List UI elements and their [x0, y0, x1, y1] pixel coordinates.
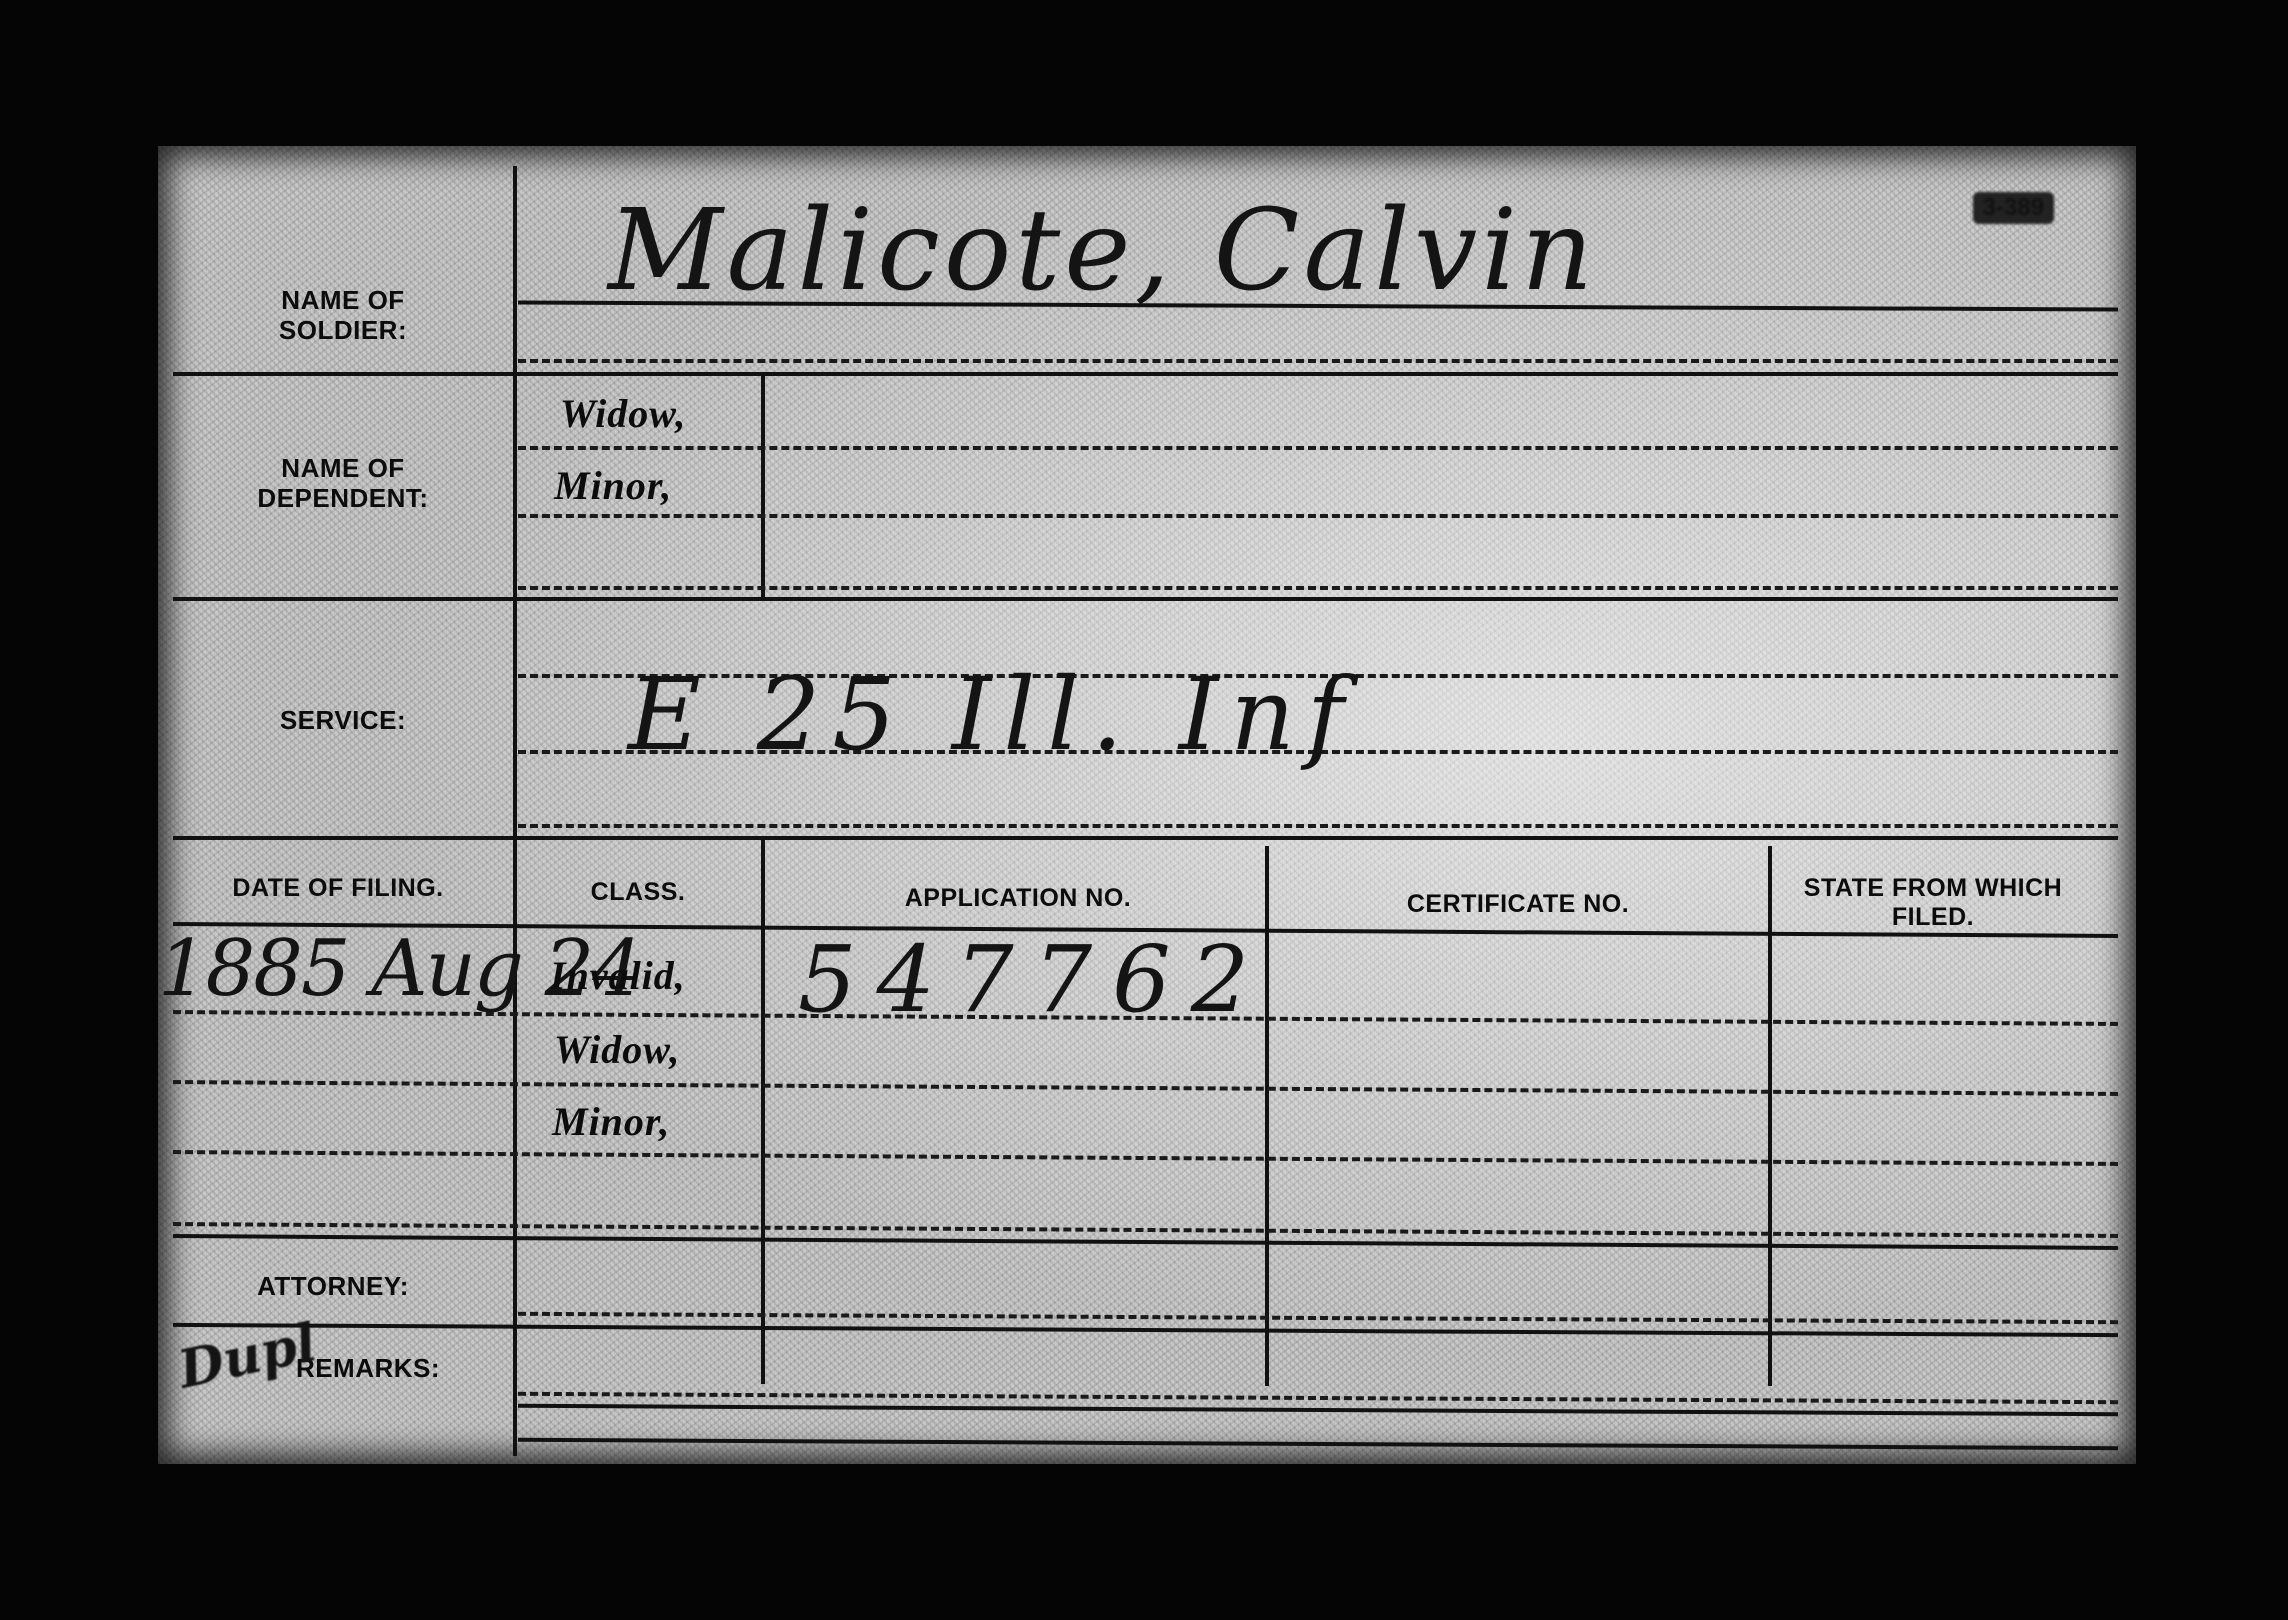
header-application-no: APPLICATION NO.: [778, 884, 1258, 913]
dependent-type-minor: Minor,: [554, 462, 672, 509]
widow-class-row-line: [173, 1080, 2118, 1096]
header-class: CLASS.: [528, 878, 748, 907]
label-service: SERVICE:: [218, 706, 468, 736]
dependent-bottom-dash: [518, 586, 2118, 590]
remarks-line: [518, 1404, 2118, 1416]
label-column-divider: [513, 166, 517, 1456]
widow-row-line: [518, 446, 2118, 450]
label-name-of-dependent: NAME OF DEPENDENT:: [198, 454, 488, 514]
remarks-bottom-line: [518, 1438, 2118, 1450]
minor-class-row-line: [173, 1150, 2118, 1166]
label-attorney: ATTORNEY:: [198, 1272, 468, 1302]
section-divider-2: [173, 597, 2118, 601]
section-divider-4: [173, 1234, 2118, 1250]
service-entry: E 25 Ill. Inf: [628, 656, 1356, 773]
label-name-of-soldier: NAME OF SOLDIER:: [218, 286, 468, 346]
section-divider-5: [173, 1323, 2118, 1337]
section-divider-3: [173, 836, 2118, 840]
class-widow: Widow,: [554, 1026, 680, 1073]
class-invalid: Invalid,: [550, 952, 686, 999]
attorney-dash-line: [518, 1312, 2118, 1324]
header-certificate-no: CERTIFICATE NO.: [1278, 890, 1758, 919]
class-minor: Minor,: [552, 1098, 670, 1145]
header-date-of-filing: DATE OF FILING.: [178, 874, 498, 903]
pension-index-card: 3-389 NAME OF SOLDIER: Malicote, Calvin …: [158, 146, 2136, 1464]
soldier-name: Malicote, Calvin: [608, 186, 1597, 316]
dependent-type-divider: [761, 372, 765, 597]
class-column-divider: [761, 836, 765, 1384]
service-line-3: [518, 824, 2118, 828]
remarks-dash-line: [518, 1392, 2118, 1404]
soldier-dash-line: [518, 359, 2118, 363]
section-divider-1: [173, 372, 2118, 376]
minor-row-line: [518, 514, 2118, 518]
form-code: 3-389: [1973, 192, 2054, 224]
certificate-column-divider: [1768, 846, 1772, 1386]
dependent-type-widow: Widow,: [560, 390, 686, 437]
header-state-from-which-filed: STATE FROM WHICH FILED.: [1783, 874, 2083, 932]
